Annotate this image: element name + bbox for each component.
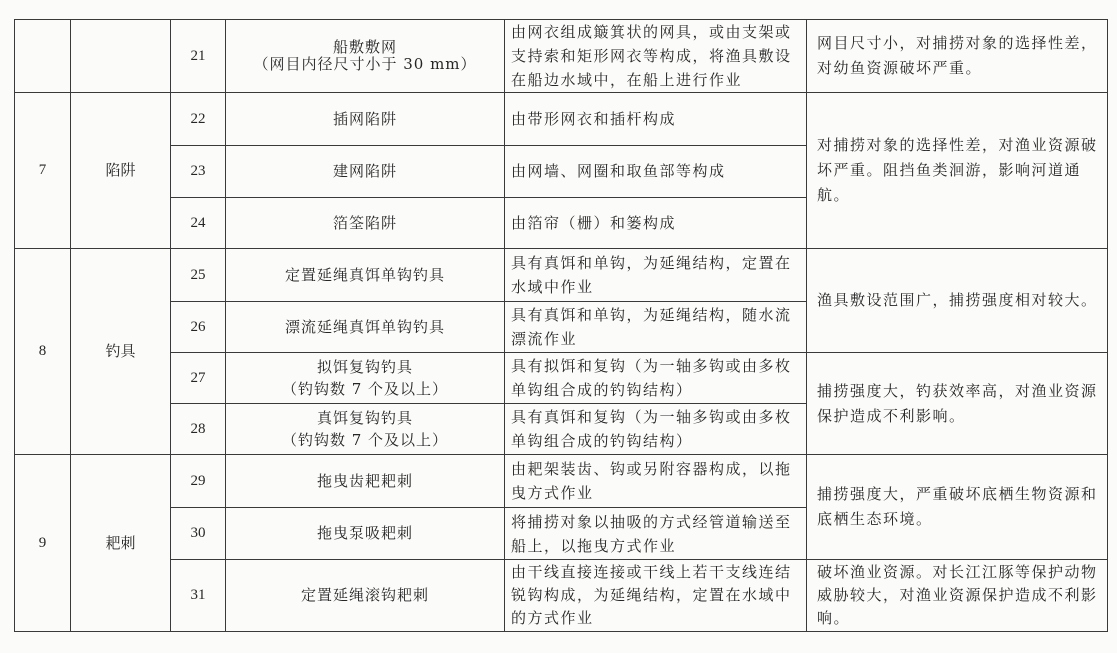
- impact-cell: 捕捞强度大，严重破坏底栖生物资源和底栖生态环境。: [807, 455, 1108, 560]
- gear-description-cell: 将捕捞对象以抽吸的方式经管道输送至船上，以拖曳方式作业: [505, 508, 807, 560]
- gear-name-cell: 拖曳齿耙耙刺: [226, 455, 505, 508]
- gear-description-cell: 由箔帘（栅）和篓构成: [505, 198, 807, 249]
- gear-name-cell: 定置延绳滚钩耙刺: [226, 560, 505, 632]
- gear-name-cell: 箔筌陷阱: [226, 198, 505, 249]
- gear-name-cell: 插网陷阱: [226, 93, 505, 146]
- category-cell: 钓具: [71, 249, 171, 455]
- group-index-cell: 8: [15, 249, 71, 455]
- gear-name: 拟饵复钩钓具: [226, 356, 504, 378]
- table-row: 9 耙刺 29 拖曳齿耙耙刺 由耙架装齿、钩或另附容器构成，以拖曳方式作业 捕捞…: [15, 455, 1108, 508]
- group-index-cell: [15, 20, 71, 93]
- gear-name: 真饵复钩钓具: [226, 407, 504, 429]
- gear-description-cell: 由带形网衣和插杆构成: [505, 93, 807, 146]
- item-number-cell: 31: [171, 560, 226, 632]
- gear-description-cell: 具有拟饵和复钩（为一轴多钩或由多枚单钩组合成的钓钩结构）: [505, 353, 807, 404]
- gear-description-cell: 由干线直接连接或干线上若干支线连结锐钩构成，为延绳结构，定置在水域中的方式作业: [505, 560, 807, 632]
- table-row: 27 拟饵复钩钓具 （钓钩数 7 个及以上） 具有拟饵和复钩（为一轴多钩或由多枚…: [15, 353, 1108, 404]
- group-index-cell: 7: [15, 93, 71, 249]
- item-number-cell: 23: [171, 146, 226, 198]
- item-number-cell: 29: [171, 455, 226, 508]
- item-number-cell: 22: [171, 93, 226, 146]
- gear-name-cell: 船敷敷网 （网目内径尺寸小于 30 mm）: [226, 20, 505, 93]
- gear-name-cell: 拖曳泵吸耙刺: [226, 508, 505, 560]
- impact-cell: 破坏渔业资源。对长江江豚等保护动物威胁较大，对渔业资源保护造成不利影响。: [807, 560, 1108, 632]
- group-index-cell: 9: [15, 455, 71, 632]
- item-number-cell: 30: [171, 508, 226, 560]
- item-number-cell: 26: [171, 302, 226, 353]
- gear-name-cell: 漂流延绳真饵单钩钓具: [226, 302, 505, 353]
- fishing-gear-table: 21 船敷敷网 （网目内径尺寸小于 30 mm） 由网衣组成簸箕状的网具，或由支…: [14, 19, 1108, 632]
- gear-name-cell: 建网陷阱: [226, 146, 505, 198]
- gear-name: 船敷敷网: [226, 39, 504, 56]
- table-row: 7 陷阱 22 插网陷阱 由带形网衣和插杆构成 对捕捞对象的选择性差，对渔业资源…: [15, 93, 1108, 146]
- category-cell: 耙刺: [71, 455, 171, 632]
- item-number-cell: 27: [171, 353, 226, 404]
- gear-name-note: （钓钩数 7 个及以上）: [226, 429, 504, 451]
- category-cell: [71, 20, 171, 93]
- table-row: 31 定置延绳滚钩耙刺 由干线直接连接或干线上若干支线连结锐钩构成，为延绳结构，…: [15, 560, 1108, 632]
- item-number-cell: 28: [171, 404, 226, 455]
- gear-name-cell: 拟饵复钩钓具 （钓钩数 7 个及以上）: [226, 353, 505, 404]
- gear-name-note: （网目内径尺寸小于 30 mm）: [226, 56, 504, 73]
- item-number-cell: 24: [171, 198, 226, 249]
- impact-cell: 渔具敷设范围广，捕捞强度相对较大。: [807, 249, 1108, 353]
- gear-description-cell: 由耙架装齿、钩或另附容器构成，以拖曳方式作业: [505, 455, 807, 508]
- gear-description-cell: 由网墙、网圈和取鱼部等构成: [505, 146, 807, 198]
- gear-name-note: （钓钩数 7 个及以上）: [226, 378, 504, 400]
- gear-name-cell: 真饵复钩钓具 （钓钩数 7 个及以上）: [226, 404, 505, 455]
- item-number-cell: 21: [171, 20, 226, 93]
- category-cell: 陷阱: [71, 93, 171, 249]
- impact-cell: 网目尺寸小，对捕捞对象的选择性差，对幼鱼资源破坏严重。: [807, 20, 1108, 93]
- table-row: 8 钓具 25 定置延绳真饵单钩钓具 具有真饵和单钩，为延绳结构，定置在水域中作…: [15, 249, 1108, 302]
- gear-description-cell: 具有真饵和复钩（为一轴多钩或由多枚单钩组合成的钓钩结构）: [505, 404, 807, 455]
- gear-description-cell: 具有真饵和单钩，为延绳结构，定置在水域中作业: [505, 249, 807, 302]
- gear-description-cell: 具有真饵和单钩，为延绳结构，随水流漂流作业: [505, 302, 807, 353]
- impact-cell: 捕捞强度大，钓获效率高，对渔业资源保护造成不利影响。: [807, 353, 1108, 455]
- item-number-cell: 25: [171, 249, 226, 302]
- table-row: 21 船敷敷网 （网目内径尺寸小于 30 mm） 由网衣组成簸箕状的网具，或由支…: [15, 20, 1108, 93]
- impact-cell: 对捕捞对象的选择性差，对渔业资源破坏严重。阻挡鱼类洄游，影响河道通航。: [807, 93, 1108, 249]
- gear-description-cell: 由网衣组成簸箕状的网具，或由支架或支持索和矩形网衣等构成，将渔具敷设在船边水域中…: [505, 20, 807, 93]
- gear-name-cell: 定置延绳真饵单钩钓具: [226, 249, 505, 302]
